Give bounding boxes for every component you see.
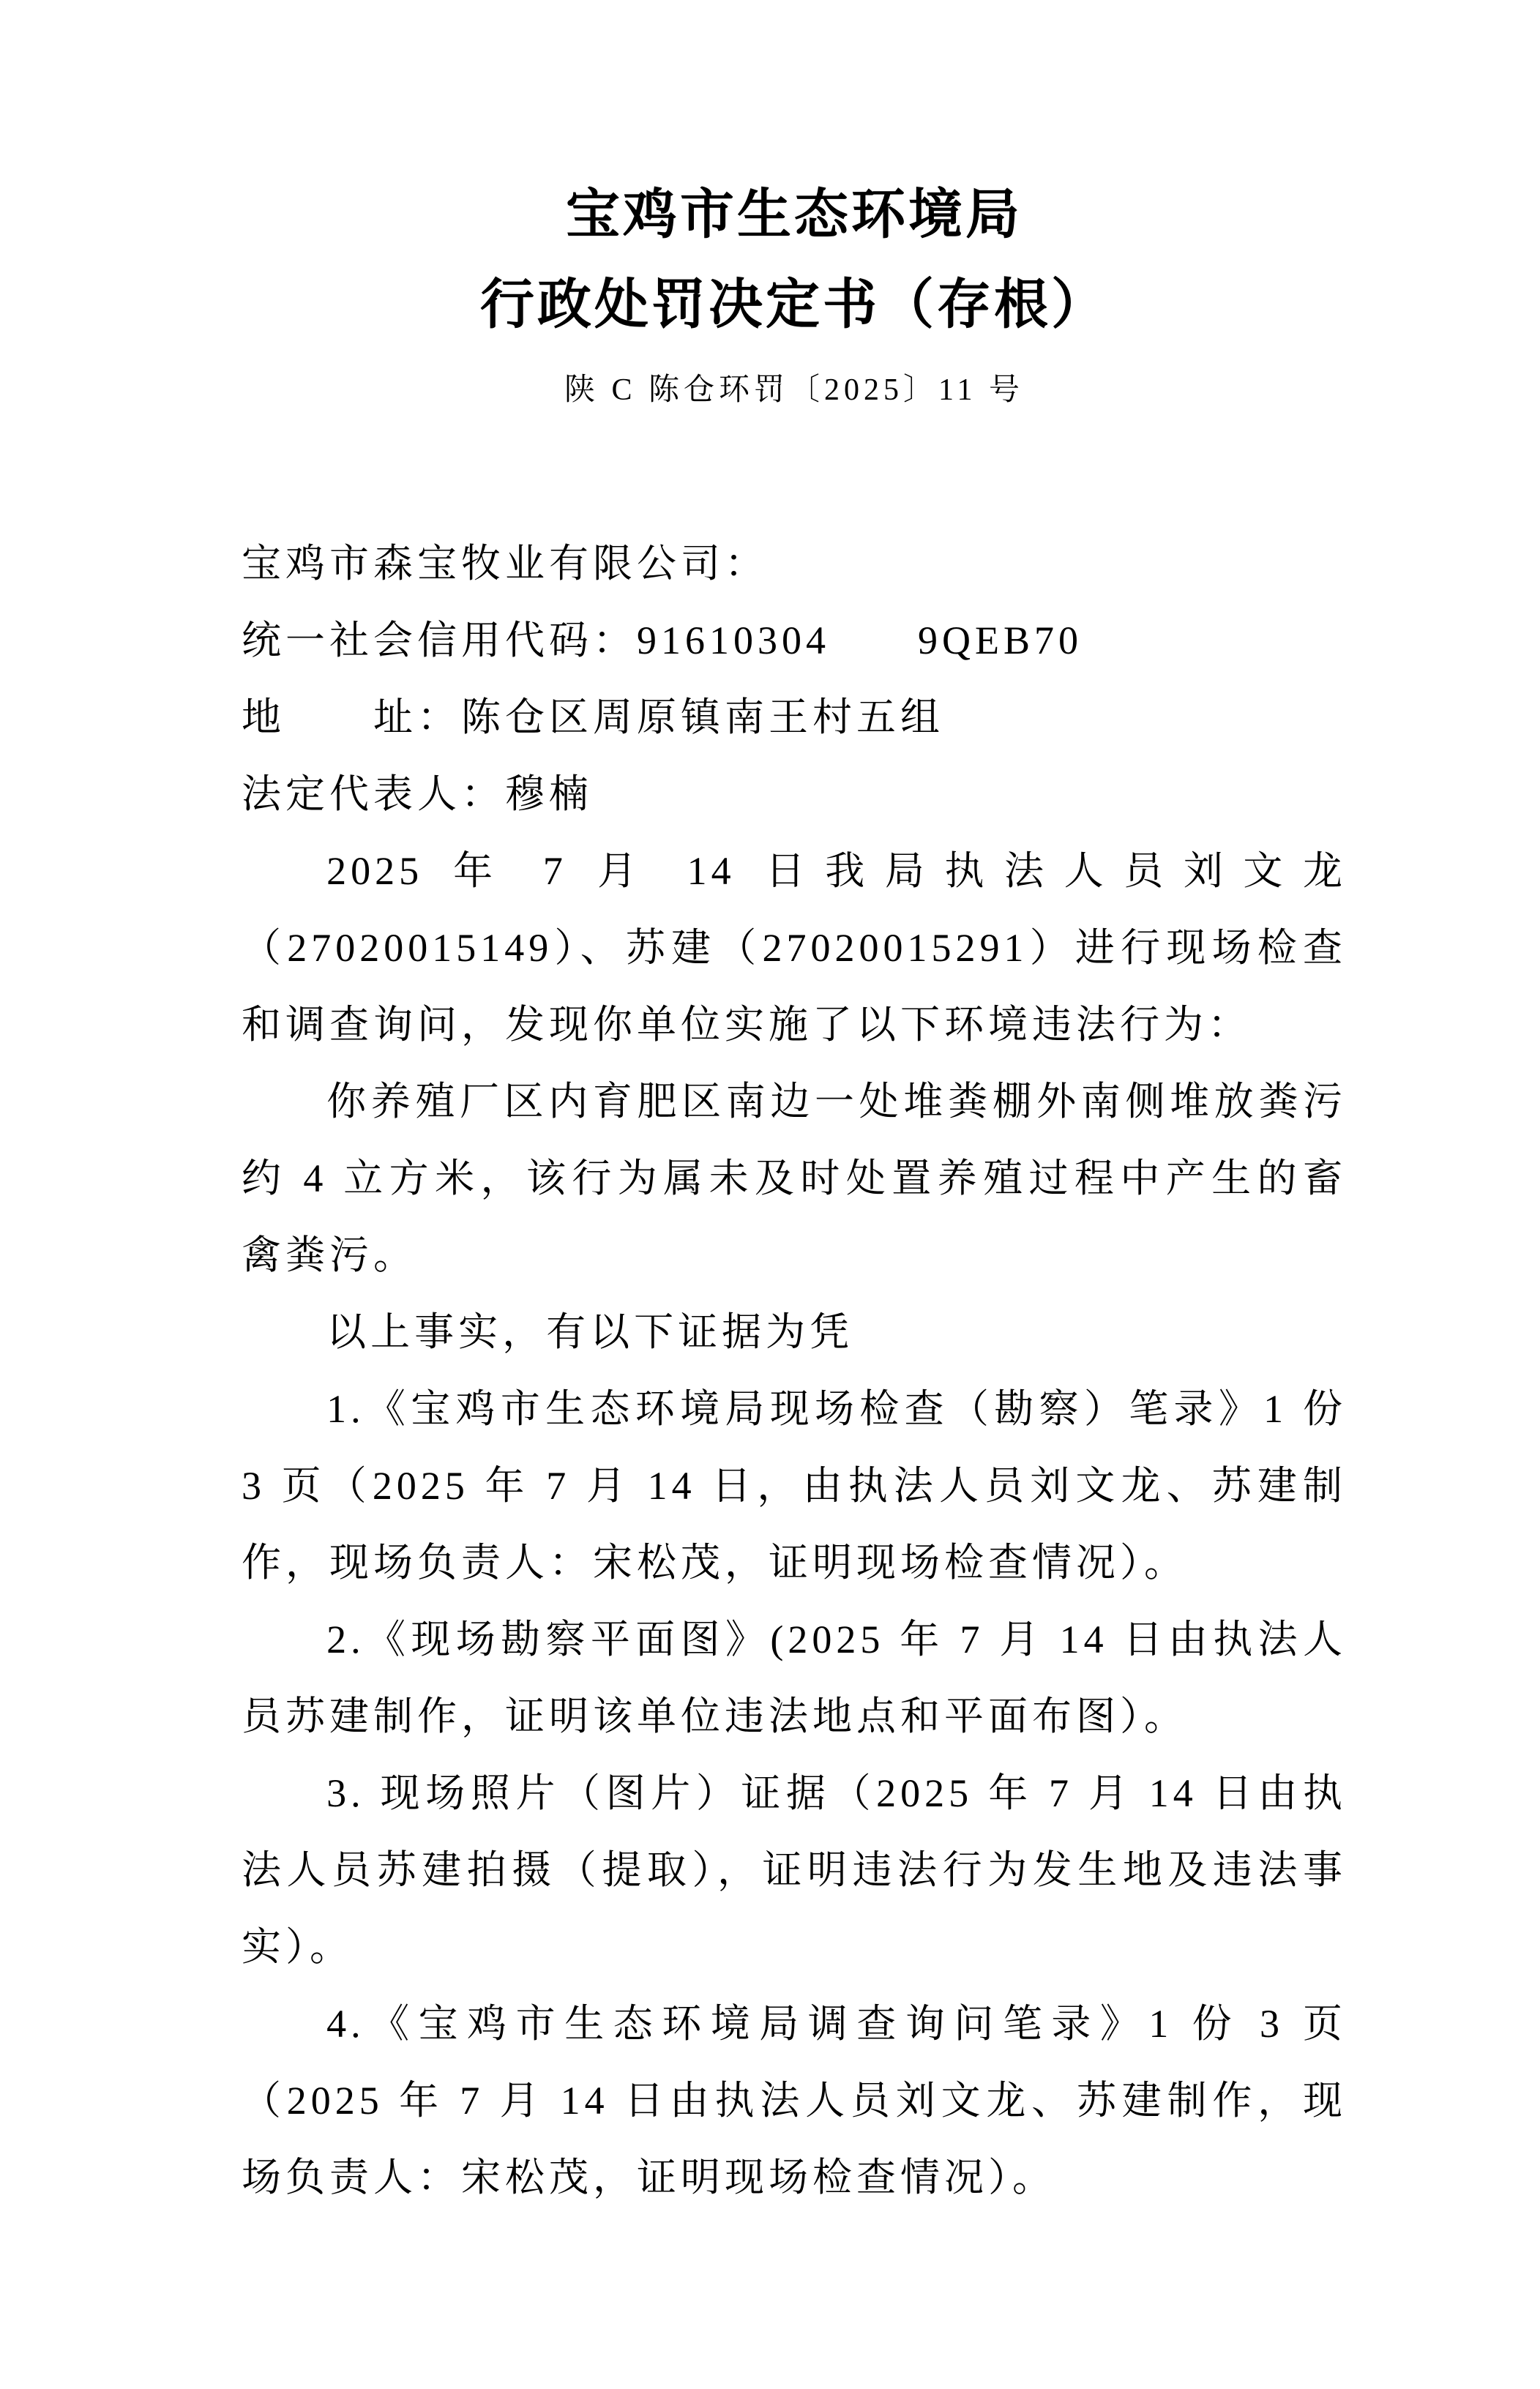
penalty-decision-document: 宝鸡市生态环境局 行政处罚决定书（存根） 陕 C 陈仓环罚〔2025〕11 号 …	[0, 0, 1540, 2389]
document-title-line2: 行政处罚决定书（存根）	[242, 273, 1347, 335]
body-paragraph: 3. 现场照片（图片）证据（2025 年 7 月 14 日由执法人员苏建拍摄（提…	[242, 1755, 1347, 1986]
body-paragraph: 你养殖厂区内育肥区南边一处堆粪棚外南侧堆放粪污约 4 立方米，该行为属未及时处置…	[242, 1063, 1347, 1294]
document-body: 宝鸡市森宝牧业有限公司：统一社会信用代码：91610304 9QEB70地 址：…	[242, 526, 1347, 2216]
body-paragraph: 2025 年 7 月 14 日我局执法人员刘文龙（27020015149）、苏建…	[242, 833, 1347, 1063]
body-paragraph: 地 址：陈仓区周原镇南王村五组	[242, 679, 1347, 756]
document-title-line1: 宝鸡市生态环境局	[242, 0, 1347, 245]
document-number: 陕 C 陈仓环罚〔2025〕11 号	[242, 373, 1347, 407]
body-paragraph: 4.《宝鸡市生态环境局调查询问笔录》1 份 3 页（2025 年 7 月 14 …	[242, 1986, 1347, 2216]
body-paragraph: 宝鸡市森宝牧业有限公司：	[242, 526, 1347, 602]
body-paragraph: 统一社会信用代码：91610304 9QEB70	[242, 602, 1347, 679]
body-paragraph: 法定代表人：穆楠	[242, 756, 1347, 833]
body-paragraph: 以上事实，有以下证据为凭	[242, 1294, 1347, 1371]
body-paragraph: 2.《现场勘察平面图》(2025 年 7 月 14 日由执法人员苏建制作，证明该…	[242, 1601, 1347, 1755]
body-paragraph: 1.《宝鸡市生态环境局现场检查（勘察）笔录》1 份 3 页（2025 年 7 月…	[242, 1371, 1347, 1601]
